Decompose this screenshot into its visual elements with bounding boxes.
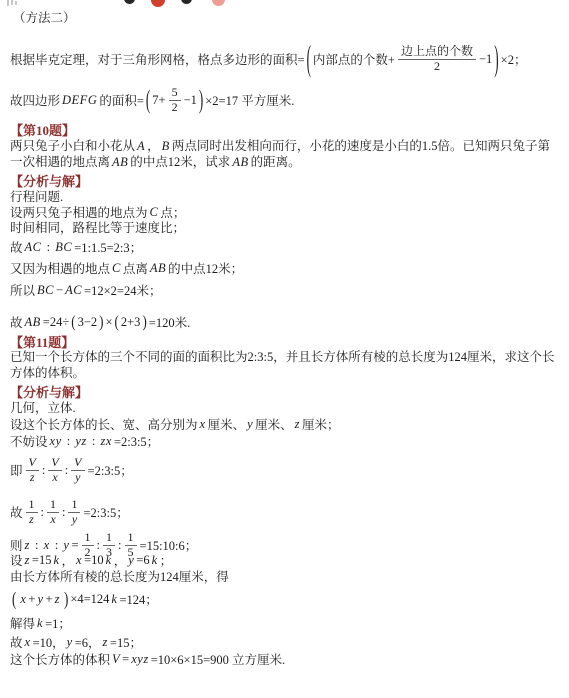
text-run: +: [46, 592, 53, 607]
parenthesis: ): [142, 312, 146, 333]
fraction: Vx: [48, 456, 61, 485]
parenthesis: ): [494, 37, 498, 82]
text-run: 故: [10, 238, 23, 256]
fraction-denominator: x: [49, 471, 60, 485]
text-run: :: [65, 463, 68, 478]
math-variable: AB: [150, 261, 166, 276]
math-variable: x: [25, 635, 31, 650]
pick-theorem-formula: 根据毕克定理，对于三角形网格，格点多边形的面积=(内部点的个数+边上点的个数2−…: [10, 36, 526, 82]
q11-solution-line: 故x=10，y=6，z=15；: [10, 633, 142, 651]
fraction-numerator: 1: [26, 498, 38, 513]
fraction-numerator: 1: [103, 531, 115, 546]
text-run: =2:3:5；: [83, 503, 128, 521]
fraction-numerator: 边上点的个数: [398, 45, 476, 60]
fraction-numerator: V: [71, 456, 84, 471]
text-run: ，: [147, 139, 160, 153]
text-run: 解得: [10, 614, 35, 632]
parenthesis: (: [12, 587, 16, 610]
math-variable: C: [112, 261, 121, 276]
parenthesis: (: [307, 37, 311, 82]
lattice-dot: [212, 0, 225, 6]
fraction-numerator: 1: [125, 531, 137, 546]
fraction-denominator: y: [72, 471, 83, 485]
math-variable: DEFG: [62, 93, 97, 108]
text-run: :: [62, 505, 65, 520]
math-variable: x: [20, 592, 26, 607]
math-variable: xy: [50, 434, 62, 449]
q10-solution-line: 又因为相遇的地点C点离AB的中点12米；: [10, 260, 243, 276]
text-run: −1: [479, 52, 492, 67]
parenthesis: ): [64, 587, 68, 610]
math-variable: k: [111, 592, 117, 607]
math-variable: V: [112, 652, 120, 667]
fraction-numerator: 5: [169, 86, 181, 101]
text-run: 厘米、: [208, 415, 246, 433]
text-run: =10×6×15=900 立方厘米.: [151, 650, 285, 668]
math-variable: y: [247, 417, 253, 432]
fraction-denominator: 2: [431, 60, 443, 74]
q10-solution-line: 行程问题.: [10, 188, 63, 204]
fraction-denominator: x: [47, 513, 58, 527]
text-run: 的距离。: [251, 155, 301, 169]
problem-10-header: 【第10题】: [10, 120, 75, 139]
text-run: =6: [136, 553, 149, 568]
math-variable: x: [200, 417, 206, 432]
fraction: 1z: [26, 498, 38, 527]
text-run: +: [28, 592, 35, 607]
text-run: ×4=124: [70, 592, 109, 607]
math-variable: z: [103, 635, 108, 650]
fraction-denominator: y: [69, 513, 80, 527]
text-run: 的中点12米；: [168, 259, 243, 277]
q10-solution-line: 时间相同，路程比等于速度比；: [10, 219, 185, 235]
text-run: 由长方体所有棱的总长度为124厘米，得: [10, 567, 229, 585]
fraction: 1x: [47, 498, 59, 527]
method-two-label: （方法二）: [13, 8, 76, 26]
fraction-denominator: z: [26, 513, 37, 527]
math-variable: AC: [25, 240, 42, 255]
math-variable: xyz: [131, 652, 148, 667]
q11-solution-line: (x+y+z)×4=124k=124；: [10, 588, 158, 610]
q11-solution-line: 设这个长方体的长、宽、高分别为x厘米、y厘米、z厘米；: [10, 416, 340, 432]
q10-solution-line: 故AB=24÷(3−2)×(2+3)=120米.: [10, 311, 190, 333]
text-run: =124；: [119, 590, 157, 608]
text-run: 7+: [152, 93, 165, 108]
math-variable: AC: [65, 283, 82, 298]
text-run: 几何，立体.: [10, 398, 76, 416]
text-run: ×: [105, 315, 112, 330]
text-run: =10，: [33, 633, 65, 651]
text-run: =120米.: [149, 313, 190, 331]
math-variable: AB: [25, 315, 41, 330]
fraction: Vy: [71, 456, 84, 485]
q11-solution-line: 由长方体所有棱的总长度为124厘米，得: [10, 568, 229, 584]
text-run: =12×2=24米；: [84, 281, 161, 299]
text-run: :: [44, 240, 54, 255]
fraction-numerator: 1: [82, 531, 94, 546]
math-variable: k: [152, 553, 158, 568]
math-variable: BC: [55, 240, 72, 255]
fraction: Vz: [26, 456, 39, 485]
lattice-dot: [151, 0, 165, 7]
text-run: 2+3: [121, 315, 141, 330]
math-variable: z: [295, 417, 300, 432]
text-run: 所以: [10, 281, 35, 299]
parenthesis: ): [99, 312, 103, 333]
lattice-dot: [124, 0, 135, 4]
math-variable: y: [67, 635, 73, 650]
document-page: （方法二） 根据毕克定理，对于三角形网格，格点多边形的面积=(内部点的个数+边上…: [0, 0, 569, 698]
math-variable: zx: [101, 434, 112, 449]
math-variable: y: [128, 553, 134, 568]
q10-solution-line: 所以BC−AC=12×2=24米；: [10, 281, 161, 299]
text-run: 已知一个长方体的三个不同的面的面积比为2:3:5，并且长方体所有棱的总长度为12…: [10, 350, 554, 380]
math-variable: A: [137, 139, 145, 153]
q11-solution-line: 即Vz:Vx:Vy=2:3:5；: [10, 450, 133, 490]
text-run: ×2；: [501, 50, 527, 68]
text-run: 内部点的个数+: [313, 50, 395, 68]
text-run: 点离: [123, 259, 148, 277]
text-run: 时间相同，路程比等于速度比；: [10, 218, 185, 236]
math-variable: x: [76, 553, 82, 568]
fraction-denominator: z: [27, 471, 38, 485]
fraction-denominator: 2: [169, 101, 181, 115]
fraction-numerator: V: [26, 456, 39, 471]
math-variable: BC: [37, 283, 54, 298]
text-run: :: [89, 434, 99, 449]
math-variable: AB: [232, 155, 248, 169]
text-run: 的中点12米，试求: [130, 155, 230, 169]
text-run: 这个长方体的体积: [10, 650, 110, 668]
text-run: 即: [10, 461, 23, 479]
math-variable: y: [37, 592, 43, 607]
text-run: :: [41, 505, 44, 520]
math-variable: AB: [112, 155, 128, 169]
parenthesis: ): [199, 84, 203, 116]
text-run: −1: [184, 93, 197, 108]
problem-10-text: 两只兔子小白和小花从A，B两点同时出发相向而行，小花的速度是小白的1.5倍。已知…: [10, 139, 559, 170]
text-run: 设这个长方体的长、宽、高分别为: [10, 415, 198, 433]
q11-solution-line: 这个长方体的体积V=xyz=10×6×15=900 立方厘米.: [10, 650, 285, 668]
math-variable: z: [25, 553, 30, 568]
text-run: 根据毕克定理，对于三角形网格，格点多边形的面积=: [10, 50, 305, 68]
problem-11-text: 已知一个长方体的三个不同的面的面积比为2:3:5，并且长方体所有棱的总长度为12…: [10, 350, 559, 381]
fraction: 52: [169, 86, 181, 115]
lattice-dot: [181, 0, 192, 4]
text-run: 故: [10, 503, 23, 521]
q10-solution-line: 故AC : BC=1:1.5=2:3；: [10, 238, 142, 256]
text-run: =2:3:5；: [114, 432, 159, 450]
text-run: 两只兔子小白和小花从: [10, 139, 135, 153]
math-variable: k: [37, 616, 43, 631]
cropped-figure-dots: [0, 0, 569, 8]
text-run: =24÷: [43, 315, 69, 330]
fraction-numerator: 1: [47, 498, 59, 513]
parenthesis: (: [71, 312, 75, 333]
parenthesis: (: [146, 84, 150, 116]
text-run: =6，: [75, 633, 101, 651]
math-variable: z: [55, 592, 60, 607]
defg-area-formula: 故四边形DEFG的面积=(7+52−1)×2=17 平方厘米.: [10, 84, 294, 116]
math-variable: yz: [75, 434, 86, 449]
parenthesis: (: [115, 312, 119, 333]
text-run: =1:1.5=2:3；: [74, 238, 142, 256]
q11-solution-line: 几何，立体.: [10, 399, 76, 415]
fraction-numerator: V: [48, 456, 61, 471]
math-variable: B: [162, 139, 170, 153]
text-run: :: [64, 434, 74, 449]
text-run: 故: [10, 633, 23, 651]
fraction: 1y: [68, 498, 80, 527]
text-run: 3−2: [78, 315, 98, 330]
text-run: ×2=17 平方厘米.: [205, 91, 294, 109]
fraction-numerator: 1: [68, 498, 80, 513]
q11-solution-line: 故1z:1x:1y=2:3:5；: [10, 492, 129, 532]
text-run: :: [42, 463, 45, 478]
text-run: −: [56, 283, 63, 298]
text-run: =15: [32, 553, 52, 568]
problem-11-header: 【第11题】: [10, 332, 74, 351]
text-run: =: [122, 652, 129, 667]
fraction: 边上点的个数2: [398, 45, 476, 74]
q11-solution-line: 解得k=1；: [10, 614, 71, 632]
text-run: 故四边形: [10, 91, 60, 109]
text-run: 厘米、: [255, 415, 293, 433]
text-run: 厘米；: [302, 415, 340, 433]
text-run: =10: [84, 553, 104, 568]
math-variable: k: [53, 553, 59, 568]
text-run: 故: [10, 313, 23, 331]
text-run: 不妨设: [10, 432, 48, 450]
text-run: =2:3:5；: [88, 461, 133, 479]
text-run: 的面积=: [99, 91, 144, 109]
q11-solution-line: 不妨设xy : yz : zx=2:3:5；: [10, 432, 159, 450]
text-run: =15；: [110, 633, 142, 651]
text-run: =1；: [45, 614, 71, 632]
text-run: 又因为相遇的地点: [10, 259, 110, 277]
math-variable: k: [106, 553, 112, 568]
